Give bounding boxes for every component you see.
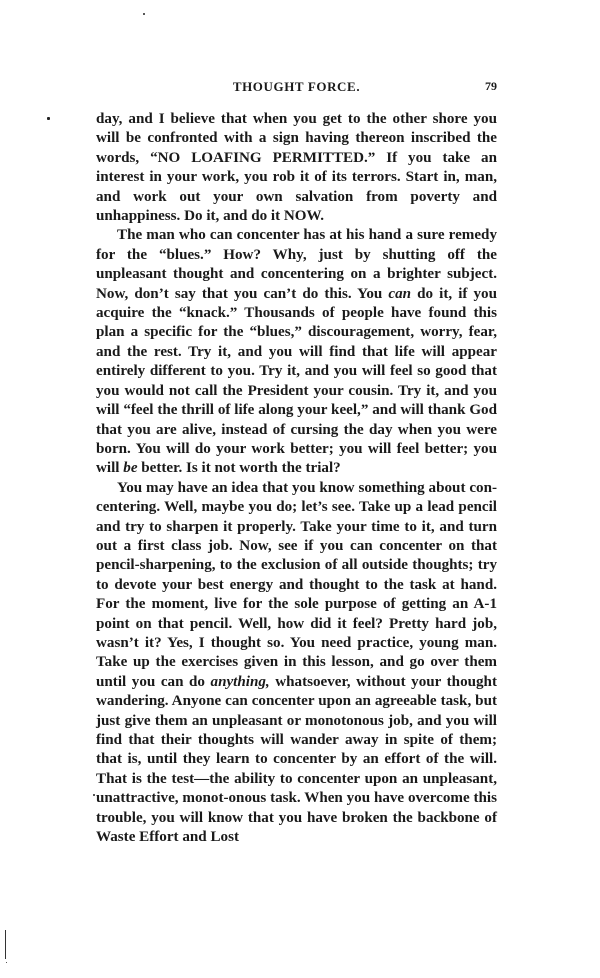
paragraph-continued: day, and I believe that when you get to … (96, 110, 497, 226)
paragraph: The man who can concenter has at his han… (96, 226, 497, 478)
scan-speck (143, 13, 145, 15)
text-run: better. Is it not worth the trial? (138, 460, 341, 476)
scan-speck (93, 794, 95, 796)
scan-speck (47, 117, 50, 120)
page-number: 79 (485, 79, 497, 94)
scan-speck (6, 962, 7, 963)
italic-text: anything, (211, 674, 270, 690)
book-page: THOUGHT FORCE. 79 day, and I believe tha… (0, 0, 600, 978)
text-run: You may have an idea that you know somet… (96, 480, 497, 690)
text-run: do it, if you acquire the “knack.” Thous… (96, 286, 497, 477)
scan-edge-line (5, 930, 6, 959)
italic-text: be (123, 460, 137, 476)
text-run: day, and I believe that when you get to … (96, 111, 497, 224)
running-title: THOUGHT FORCE. (96, 79, 497, 95)
italic-text: can (388, 286, 411, 302)
running-head: THOUGHT FORCE. 79 (96, 79, 497, 97)
paragraph: You may have an idea that you know somet… (96, 479, 497, 848)
body-text: day, and I believe that when you get to … (96, 110, 497, 847)
text-run: whatsoever, without your thought wanderi… (96, 674, 497, 845)
